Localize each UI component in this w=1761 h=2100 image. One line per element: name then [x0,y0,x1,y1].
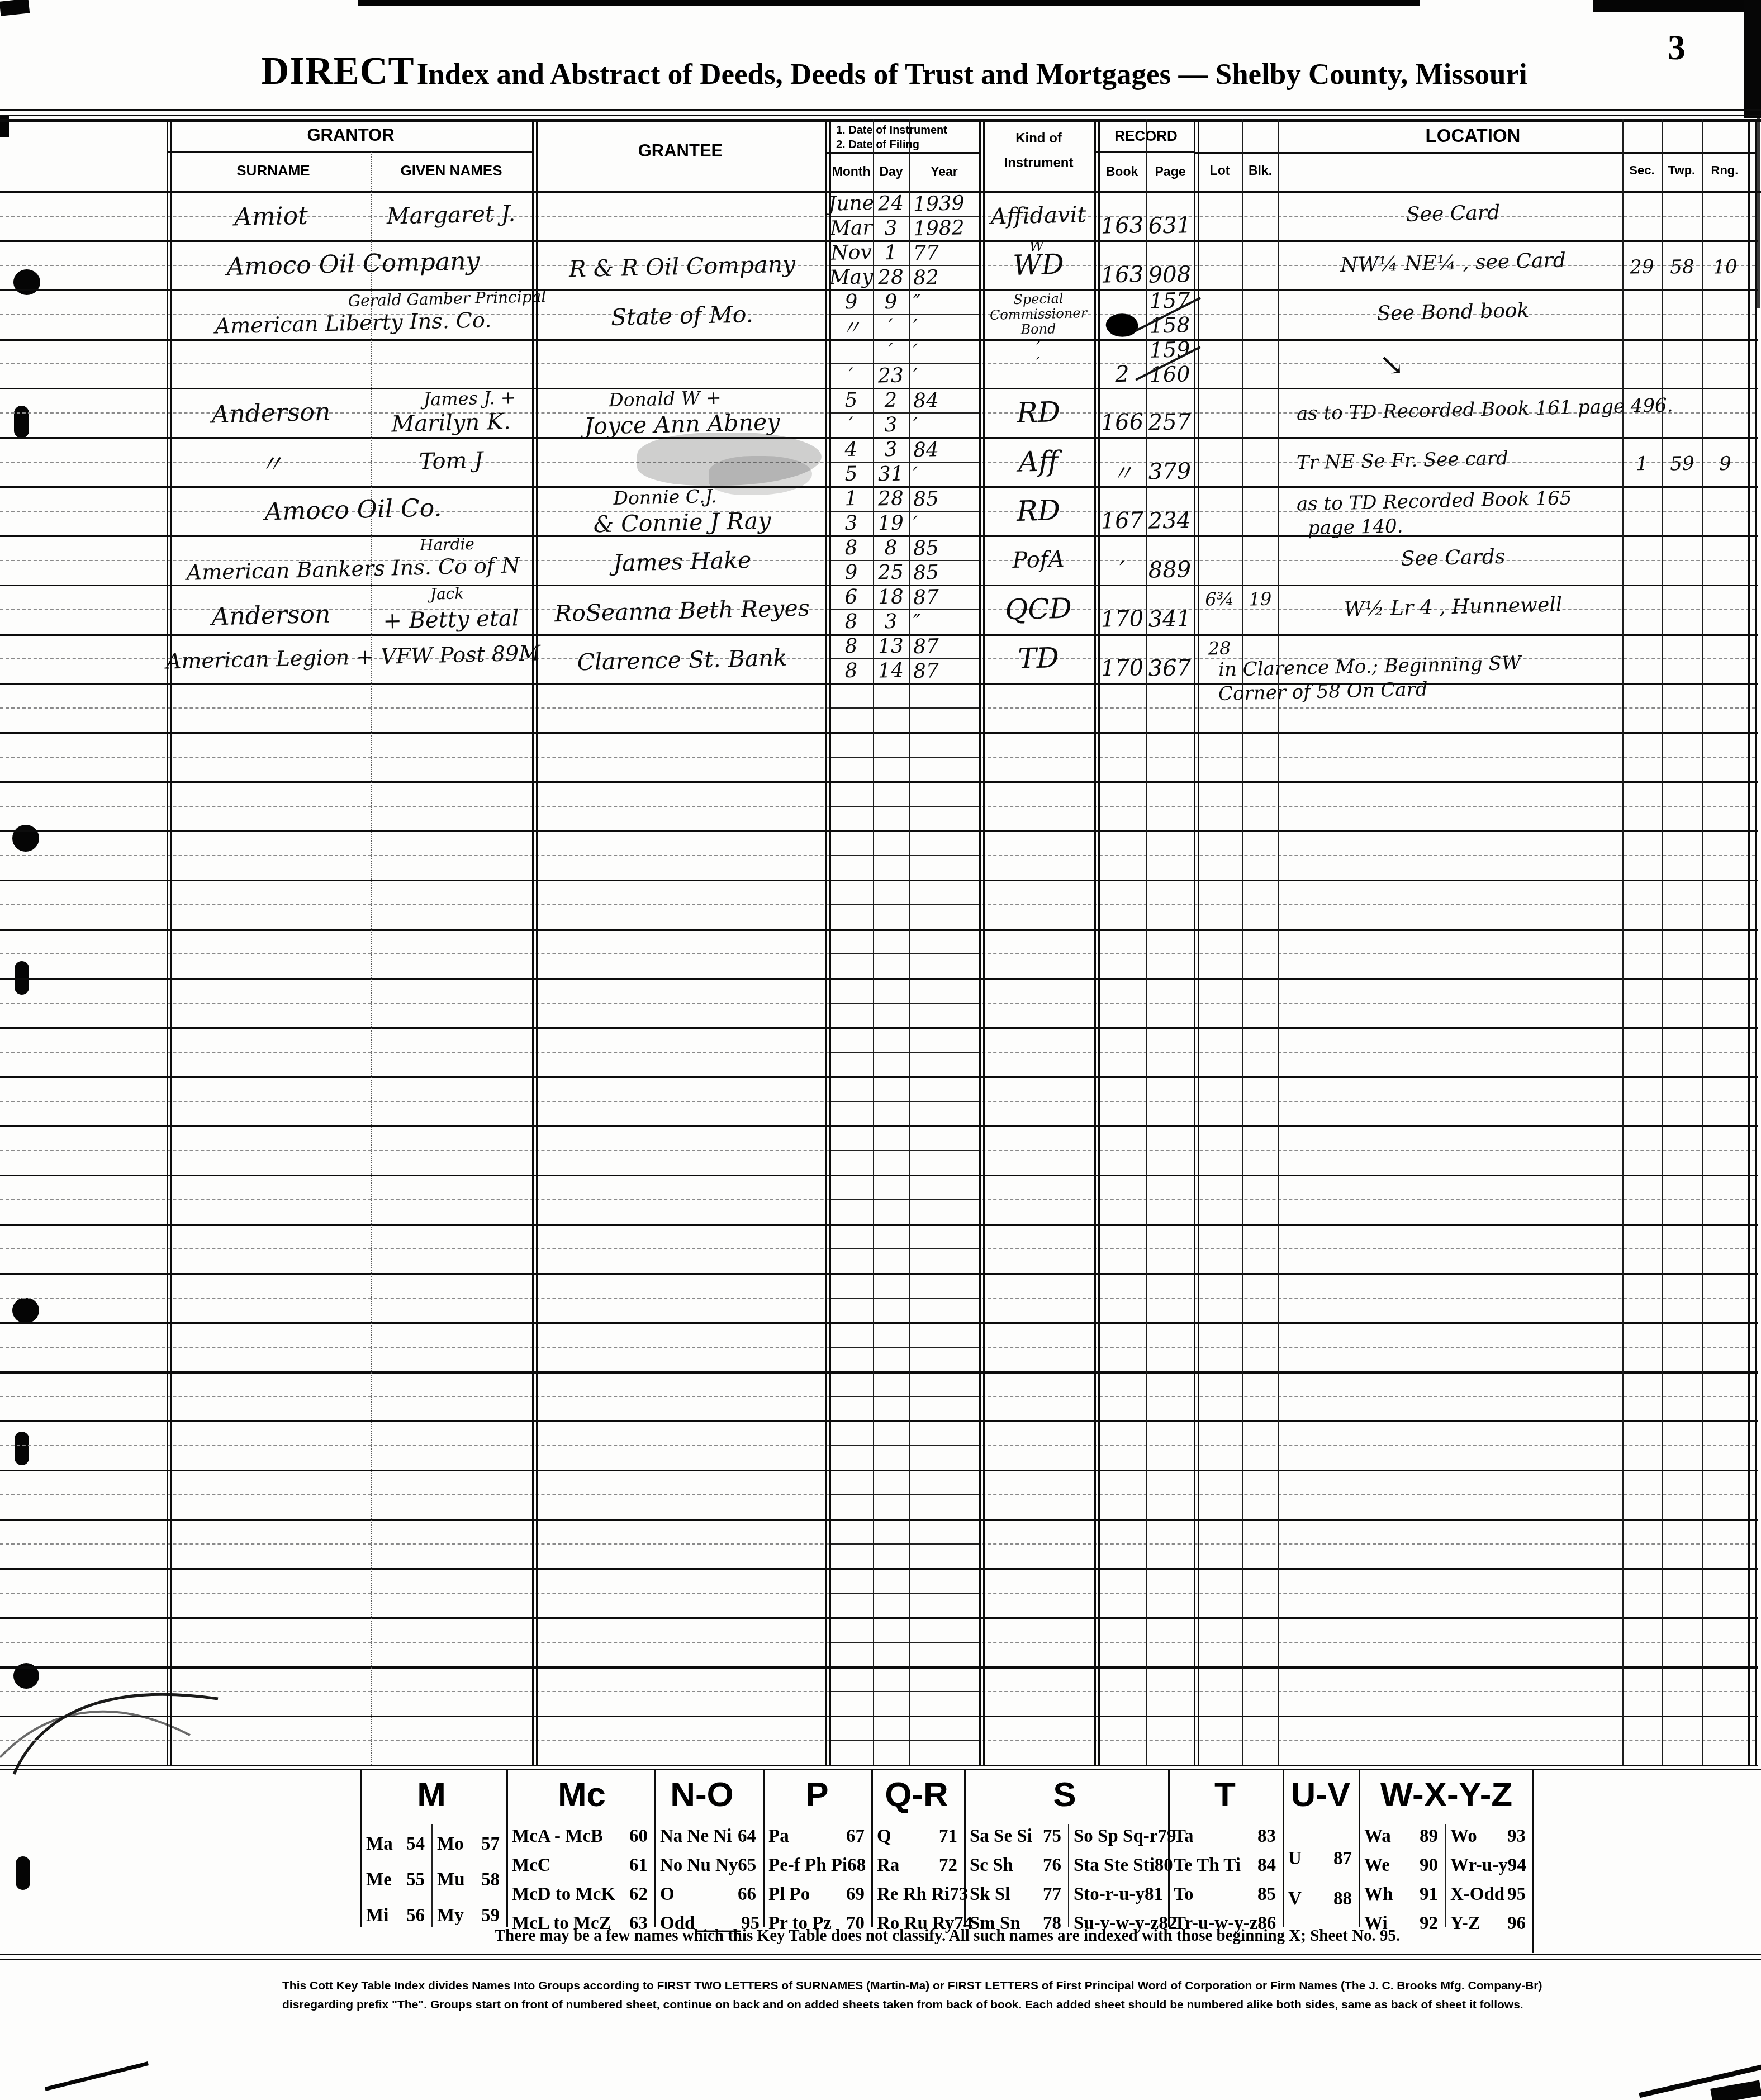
scan-corner-bottomleft [45,2061,149,2091]
rule-line [829,1396,981,1397]
key-table-sheet-number: 84 [1257,1855,1276,1876]
date-month: 9 [830,560,872,584]
rule-line [829,1101,981,1102]
date-day: 9 [873,290,909,313]
location-sec: 29 [1624,254,1660,279]
col-header-blk: Blk. [1243,163,1278,178]
rule-line [1755,119,1757,1765]
rule-line [431,1824,433,1927]
date-year: ′ [910,511,982,535]
date-day: 23 [873,364,909,387]
key-table-row: Ma54 [366,1834,425,1855]
rule-line [829,1298,981,1299]
col-header-sec: Sec. [1623,163,1661,178]
date-month: 8 [830,610,872,633]
key-table-row: McA - McB60 [512,1826,648,1847]
grantor-surname: Anderson [175,396,366,430]
key-table-row: Me55 [366,1870,425,1890]
rule-line [0,1371,1758,1374]
date-year: 85 [910,536,982,560]
date-month: ′ [830,413,872,436]
record-book: 167 [1100,508,1145,534]
rule-line [170,119,172,1765]
key-table-range: My [437,1906,464,1926]
grantor-given-interline: James J. + [391,387,548,410]
key-table-row: Sc Sh76 [970,1855,1061,1876]
date-year: 77 [910,241,982,265]
rule-line [0,1273,1758,1275]
key-table-row: My59 [437,1906,500,1926]
grantee-name: State of Mo. [540,298,823,332]
rule-line [829,1150,981,1151]
binder-hole [16,1856,30,1890]
grantor-name: Amoco Oil Company [175,245,530,282]
record-book: 〃 [1100,459,1145,484]
date-day: 28 [873,487,909,510]
key-table-sheet-number: 69 [846,1884,865,1905]
key-table-range: Me [366,1870,392,1890]
date-month: 5 [830,388,872,412]
grantor-surname: 〃 [175,445,366,479]
date-month: 8 [830,536,872,559]
date-day: ′ [873,339,909,362]
key-table-row: Mu58 [437,1870,500,1890]
col-header-rng: Rng. [1702,163,1747,178]
key-table-sheet-number: 95 [1507,1884,1526,1905]
rule-line [829,1445,981,1446]
location-twp: 59 [1664,451,1701,476]
date-year: 87 [910,659,982,683]
date-day: 28 [873,265,909,288]
rule-line [0,1027,1758,1029]
rule-line [0,1769,1761,1770]
rule-line [0,781,1758,783]
key-table-sheet-number: 71 [939,1826,957,1847]
rule-line [0,830,1758,832]
grantee-name: James Hake [540,544,823,578]
key-table-row: Pe-f Ph Pi68 [768,1855,865,1876]
rule-line [827,152,981,154]
rule-line [829,1740,981,1741]
date-day: 8 [873,536,909,559]
rule-line [532,119,534,1765]
rule-line [168,151,534,153]
rule-line [829,757,981,758]
rule-line [1094,151,1194,153]
kind-of-instrument: ′ [985,355,1093,372]
grantee-name: R & R Oil Company [540,249,823,283]
key-table-sheet-number: 58 [481,1870,500,1890]
rule-line [829,855,981,856]
key-table-row: McC61 [512,1855,648,1876]
rule-line [0,1716,1758,1717]
rule-line [0,1420,1758,1422]
col-header-surname: SURNAME [176,162,371,179]
key-table-row: Na Ne Ni64 [660,1826,756,1847]
date-year: 82 [910,265,982,289]
binder-hole [12,1298,39,1323]
rule-line [829,707,981,709]
scan-edge-topleft-mark [0,0,30,16]
page-number: 3 [1637,27,1716,68]
key-table-range: To [1174,1884,1193,1905]
rule-line [829,1494,981,1495]
record-page: 234 [1147,508,1193,534]
key-table-group-header: S [975,1775,1154,1814]
footer-fine-print-line1: This Cott Key Table Index divides Names … [282,1977,1501,1995]
record-book: 170 [1100,655,1145,681]
binder-hole [13,269,40,295]
col-header-book: Book [1098,164,1146,179]
rule-line [0,880,1758,881]
key-table-range: Sta Ste Sti [1074,1855,1155,1876]
scanned-ledger-page: DIRECT Index and Abstract of Deeds, Deed… [0,0,1761,2100]
key-table-range: Sa Se Si [970,1826,1032,1847]
key-table-row: O66 [660,1884,756,1905]
date-day: 25 [873,560,909,583]
date-month: 6 [830,585,872,609]
date-year: ′ [910,364,982,388]
date-year: ″ [910,610,982,634]
rule-line [0,978,1758,980]
rule-line [0,109,1761,111]
location-text: See Bond book [1285,296,1621,328]
key-table-range: McC [512,1855,551,1876]
rule-line [0,1470,1758,1471]
rule-line [1748,119,1750,1765]
date-day: 14 [873,659,909,682]
key-table-range: We [1364,1855,1390,1876]
grantor-name: American Bankers Ins. Co of N [175,550,530,587]
rule-line [0,929,1758,931]
date-month: 5 [830,462,872,486]
key-table-row: Re Rh Ri73 [877,1884,957,1905]
binder-hole [15,1432,29,1465]
kind-of-instrument: PofA [984,542,1092,578]
col-header-date2: 2. Date of Filing [836,139,981,151]
key-table-range: Re Rh Ri [877,1884,950,1905]
key-table-sheet-number: 83 [1257,1826,1276,1847]
date-month: 8 [830,659,872,682]
key-table-sheet-number: 57 [481,1834,500,1855]
col-header-day: Day [873,164,909,179]
rule-line [0,732,1758,734]
record-page: 631 [1147,213,1193,239]
key-table-range: Pl Po [768,1884,810,1905]
key-table-row: No Nu Ny65 [660,1855,756,1876]
key-table-row: Q71 [877,1826,957,1847]
title-direct: DIRECT [261,50,414,92]
key-table-row: Ra72 [877,1855,957,1876]
date-year: 1939 [910,192,982,216]
key-table-range: Mo [437,1834,464,1855]
date-day: 3 [873,413,909,436]
rule-line [1662,119,1663,1765]
key-table-note: There may be a few names which this Key … [360,1927,1534,1945]
date-day: 3 [873,610,909,633]
key-table-range: Pa [768,1826,789,1847]
rule-line [829,1052,981,1053]
date-day: 3 [873,438,909,460]
rule-line [0,1322,1758,1324]
key-table-range: Pe-f Ph Pi [768,1855,847,1876]
kind-of-instrument: Aff [984,444,1092,479]
kind-of-instrument: RD [984,395,1092,430]
key-table-range: Ta [1174,1826,1193,1847]
key-table-sheet-number: 54 [406,1834,425,1855]
binder-hole [14,406,29,438]
rule-line [829,1691,981,1692]
key-table-range: McD to McK [512,1884,615,1905]
rule-line [829,1642,981,1643]
key-table-row: Te Th Ti84 [1174,1855,1276,1876]
rule-line [0,1666,1758,1669]
location-rng: 9 [1705,451,1746,477]
key-table-sheet-number: 91 [1420,1884,1438,1905]
date-month: 3 [830,511,872,535]
key-table-row: Wh91 [1364,1884,1438,1905]
date-year: 84 [910,388,982,412]
col-header-grantee: GRANTEE [534,141,827,161]
date-day: 18 [873,585,909,608]
key-table-row: Sk Sl77 [970,1884,1061,1905]
key-table-row: Mi56 [366,1906,425,1926]
col-header-kind2: Instrument [983,155,1094,171]
key-table-sheet-number: 60 [629,1826,648,1847]
key-table-row: Sta Ste Sti80 [1074,1855,1161,1876]
key-table-sheet-number: 61 [629,1855,648,1876]
key-table-range: Wa [1364,1826,1391,1847]
col-header-date1: 1. Date of Instrument [836,124,981,137]
location-lot: 28 [1199,636,1240,660]
key-table-sheet-number: 80 [1155,1855,1173,1876]
key-table-range: Sk Sl [970,1884,1010,1905]
key-table-row: Mo57 [437,1834,500,1855]
key-table-sheet-number: 65 [738,1855,756,1876]
rule-line [0,1175,1758,1176]
key-table-sheet-number: 56 [406,1906,425,1926]
key-table-row: U87 [1288,1849,1352,1869]
grantor-name: Amoco Oil Co. [175,491,530,528]
key-table-sheet-number: 73 [950,1884,968,1905]
record-page: 158 [1147,313,1193,337]
key-table-sheet-number: 59 [481,1906,500,1926]
key-table-sheet-number: 94 [1508,1855,1526,1876]
date-day: 2 [873,388,909,411]
date-month: ′ [830,364,872,387]
grantee-name: Clarence St. Bank [540,643,823,677]
rule-line [167,119,168,1765]
rule-line [0,1519,1758,1521]
title-rest: Index and Abstract of Deeds, Deeds of Tr… [417,58,1527,91]
col-header-page: Page [1147,164,1194,179]
key-table-sheet-number: 67 [846,1826,865,1847]
rule-line [1445,1824,1446,1927]
rule-line [829,1543,981,1545]
date-day: 31 [873,462,909,485]
date-month: 8 [830,634,872,658]
rule-line [829,1003,981,1004]
rule-line [0,1076,1758,1078]
key-table-row: Ta83 [1174,1826,1276,1847]
key-table-sheet-number: 88 [1333,1889,1352,1909]
col-header-grantor: GRANTOR [168,125,534,145]
location-text: W½ Lr 4 , Hunnewell [1285,591,1621,623]
scan-edge-right-band [1744,0,1761,118]
date-year: 85 [910,487,982,511]
scan-edge-topright-block [1593,0,1761,12]
rule-line [1278,119,1279,1765]
key-table-row: Sa Se Si75 [970,1826,1061,1847]
col-header-given-names: GIVEN NAMES [371,162,532,179]
location-text: as to TD Recorded Book 161 page 496. [1285,394,1632,426]
kind-of-instrument: QCD [984,591,1092,627]
grantor-name: American Legion + VFW Post 89M [175,639,530,676]
col-header-month: Month [829,164,873,179]
location-text: Tr NE Se Fr. See card [1285,443,1632,476]
date-year: 84 [910,438,982,462]
key-table-range: No Nu Ny [660,1855,738,1876]
kind-of-instrument: TD [984,640,1092,676]
page-title: DIRECT Index and Abstract of Deeds, Deed… [179,49,1610,93]
date-year: 87 [910,634,982,658]
rule-line [0,1568,1758,1570]
record-book: 166 [1100,410,1145,435]
record-page: 367 [1147,655,1193,681]
record-book: 2 [1100,313,1145,337]
record-page: 257 [1147,410,1193,435]
date-day: 3 [873,216,909,239]
scan-edge-top-strip [358,0,1420,6]
key-table-range: McA - McB [512,1826,603,1847]
key-table-range: Ma [366,1834,393,1855]
key-table-row: Wa89 [1364,1826,1438,1847]
record-page: 160 [1147,363,1193,386]
record-book: 2 [1100,363,1145,386]
date-day: 13 [873,634,909,657]
key-table-row: Pl Po69 [768,1884,865,1905]
date-month: 4 [830,438,872,461]
key-table-sheet-number: 55 [406,1870,425,1890]
date-year: 1982 [910,216,982,240]
key-table-sheet-number: 87 [1333,1849,1352,1869]
rule-line [829,953,981,954]
rule-line [1094,119,1096,1765]
key-table-sheet-number: 66 [738,1884,756,1905]
date-year: ′ [910,413,982,437]
grantor-name: American Liberty Ins. Co. [175,305,530,341]
key-table-sheet-number: 93 [1507,1826,1526,1847]
key-table-range: Mi [366,1906,388,1926]
key-table-range: Na Ne Ni [660,1826,732,1847]
kind-of-instrument: Commissioner [985,306,1093,322]
key-table-range: Wr-u-y [1450,1855,1508,1876]
date-month: 1 [830,487,872,510]
key-table-sheet-number: 77 [1043,1884,1061,1905]
key-table-row: Wr-u-y94 [1450,1855,1526,1876]
record-book: 163 [1100,262,1145,288]
rule-line [1242,119,1243,1765]
record-page: 341 [1147,606,1193,632]
key-table-sheet-number: 62 [629,1884,648,1905]
kind-of-instrument: Affidavit [984,198,1092,234]
rule-line [0,1954,1761,1955]
record-page: 159 [1147,338,1193,362]
record-book: 170 [1100,606,1145,632]
rule-line [0,119,1761,122]
date-year: ′ [910,339,982,363]
key-table-sheet-number: 72 [939,1855,957,1876]
date-month [830,339,872,363]
rule-line [0,115,1761,116]
arrow-mark: ↘ [1341,346,1442,382]
date-day: 19 [873,511,909,534]
key-table-sheet-number: 75 [1043,1826,1061,1847]
record-book: ′ [1100,557,1145,583]
key-table-sheet-number: 64 [738,1826,756,1847]
kind-of-instrument: RD [984,493,1092,529]
rule-line [829,1347,981,1348]
kind-of-instrument: Bond [985,321,1093,338]
key-table-range: Mu [437,1870,465,1890]
rule-line [1622,119,1624,1765]
location-sec: 1 [1624,451,1660,476]
scan-edge-right-streak [1757,118,1760,308]
rule-line [1702,119,1703,1765]
key-table-sheet-number: 89 [1420,1826,1438,1847]
date-month: 9 [830,290,872,313]
record-page: 157 [1147,289,1193,312]
rule-line [536,119,538,1765]
key-table-range: Ra [877,1855,899,1876]
location-blk: 19 [1244,587,1277,610]
grantor-given-names: Marilyn K. [370,408,533,438]
key-table-range: Sto-r-u-y [1074,1884,1145,1905]
date-month: June [830,192,872,215]
date-year: ″ [910,290,982,314]
key-table-sheet-number: 85 [1257,1884,1276,1905]
pen-stroke-artifact [0,1615,235,1777]
key-table-row: To85 [1174,1884,1276,1905]
key-table-sheet-number: 81 [1145,1884,1163,1905]
key-table-row: We90 [1364,1855,1438,1876]
rule-line [1194,119,1195,1765]
col-header-year: Year [909,164,979,179]
key-table-range: Q [877,1826,891,1847]
date-day: 24 [873,192,909,215]
key-table-range: Wo [1450,1826,1477,1847]
surname-given-divider [371,152,372,1765]
col-header-lot: Lot [1198,163,1242,178]
rule-line [829,1248,981,1249]
grantee-interline: Donnie C.J. [570,485,761,509]
key-table-range: U [1288,1849,1302,1869]
key-table-row: Pa67 [768,1826,865,1847]
grantee-interline: Donald W + [570,387,761,410]
location-text: See Card [1285,197,1621,230]
col-header-location: LOCATION [1198,125,1748,146]
grantor-surname: Amiot [175,199,366,234]
rule-line [0,1959,1761,1960]
rule-line [829,1199,981,1200]
location-text: See Cards [1285,541,1621,574]
date-year: ′ [910,462,982,486]
key-table-range: So Sp Sq-r [1074,1826,1157,1847]
key-table-range: O [660,1884,675,1905]
key-table-row: So Sp Sq-r79 [1074,1826,1161,1847]
key-table-sheet-number: 76 [1043,1855,1061,1876]
date-year: 87 [910,585,982,609]
